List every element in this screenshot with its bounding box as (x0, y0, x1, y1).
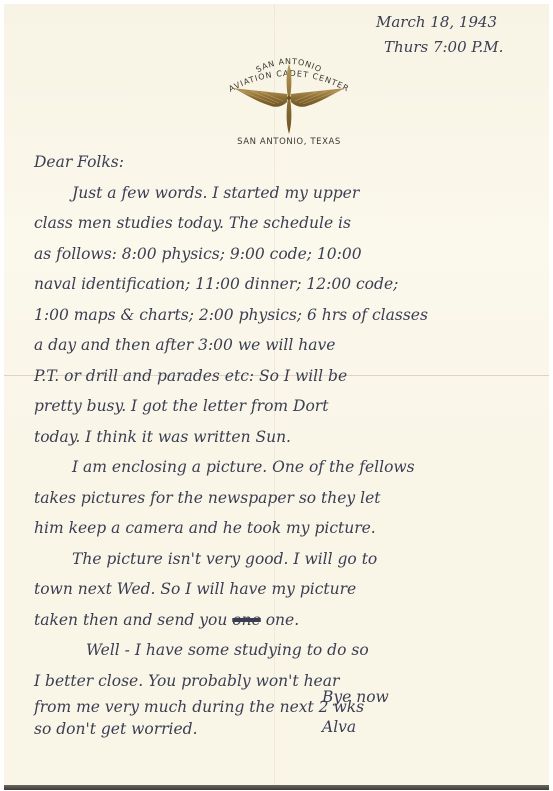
signature: Alva (322, 712, 389, 742)
body-line: Well - I have some studying to do so (34, 635, 534, 666)
body-line-end: one. (261, 611, 299, 629)
closing-block: Bye now Alva (322, 682, 389, 742)
body-line: Just a few words. I started my upper (34, 178, 534, 209)
body-line: I am enclosing a picture. One of the fel… (34, 452, 534, 483)
body-line: P.T. or drill and parades etc: So I will… (34, 361, 534, 392)
body-line: as follows: 8:00 physics; 9:00 code; 10:… (34, 239, 534, 270)
body-line-text: taken then and send you (34, 611, 227, 629)
body-line: class men studies today. The schedule is (34, 208, 534, 239)
body-line: from me very much during the next 2 wks (34, 696, 534, 718)
body-line: town next Wed. So I will have my picture (34, 574, 534, 605)
salutation: Dear Folks: (34, 147, 534, 178)
body-line: I better close. You probably won't hear (34, 666, 534, 697)
paper-bottom-shadow (4, 785, 549, 790)
body-line: 1:00 maps & charts; 2:00 physics; 6 hrs … (34, 300, 534, 331)
body-line: The picture isn't very good. I will go t… (34, 544, 534, 575)
body-line: today. I think it was written Sun. (34, 422, 534, 453)
letterhead: SAN ANTONIO AVIATION CADET CENTER (209, 42, 369, 152)
time-line: Thurs 7:00 P.M. (376, 35, 503, 60)
body-line: a day and then after 3:00 we will have (34, 330, 534, 361)
body-line: pretty busy. I got the letter from Dort (34, 391, 534, 422)
body-line: takes pictures for the newspaper so they… (34, 483, 534, 514)
body-line: him keep a camera and he took my picture… (34, 513, 534, 544)
propeller-wings-icon (231, 64, 347, 134)
letterhead-location: SAN ANTONIO, TEXAS (209, 137, 369, 147)
body-line: so don't get worried. (34, 718, 534, 740)
closing: Bye now (322, 682, 389, 712)
body-line: naval identification; 11:00 dinner; 12:0… (34, 269, 534, 300)
date-line: March 18, 1943 (376, 10, 503, 35)
letter-body: Dear Folks: Just a few words. I started … (34, 147, 534, 740)
struck-word: one (232, 611, 261, 629)
letter-paper: SAN ANTONIO AVIATION CADET CENTER (4, 4, 549, 785)
date-block: March 18, 1943 Thurs 7:00 P.M. (376, 10, 503, 60)
body-line: taken then and send you one one. (34, 605, 534, 636)
